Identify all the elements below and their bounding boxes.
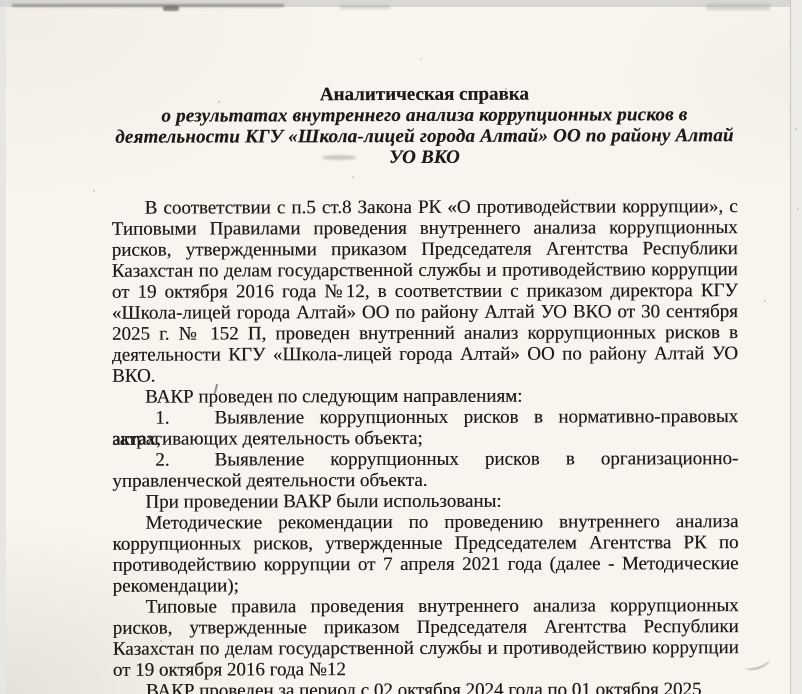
paragraph-line: «Школа-лицей города Алтай» ОО по району … (112, 301, 738, 324)
paragraph-line: При проведении ВАКР были использованы: (112, 490, 738, 513)
list-number: 1. (155, 408, 169, 429)
scanned-page: Аналитическая справка о результатах внут… (6, 7, 790, 694)
paragraph-line: от 19 октября 2016 года №12, в соответст… (112, 280, 738, 303)
paragraph-line: деятельности КГУ «Школа-лицей города Алт… (112, 343, 738, 366)
paragraph-line: ВАКР проведен за период с 02 октября 202… (113, 679, 739, 694)
document-subtitle-line: УО ВКО (111, 146, 737, 169)
paragraph-line: Методические рекомендации по проведению … (112, 511, 738, 534)
document-body: В соответствии с п.5 ст.8 Закона РК «О п… (112, 196, 739, 694)
document-subtitle-line: деятельности КГУ «Школа-лицей города Алт… (111, 125, 737, 148)
paragraph-line: Типовыми Правилами проведения внутреннег… (112, 217, 738, 240)
paragraph-line: рисков, утвержденными приказом Председат… (112, 238, 738, 261)
paragraph-line: Казахстан по делам государственной служб… (113, 637, 739, 660)
paragraph-line: коррупционных рисков, утвержденные Предс… (112, 532, 738, 555)
document-subtitle: о результатах внутреннего анализа корруп… (111, 104, 737, 169)
screenshot-root: { "colors": { "backdrop": "#e7e6e2", "pa… (0, 0, 802, 694)
list-item-line: затрагивающих деятельность объекта; (112, 427, 738, 450)
document-content: Аналитическая справка о результатах внут… (6, 7, 790, 694)
document-subtitle-line: о результатах внутреннего анализа корруп… (111, 104, 737, 127)
paragraph-line: противодействию коррупции от 7 апреля 20… (113, 553, 739, 576)
paragraph-line: В соответствии с п.5 ст.8 Закона РК «О п… (112, 196, 738, 219)
paragraph-line: ВКО. (112, 364, 738, 387)
paragraph-line: от 19 октября 2016 года №12 (113, 658, 739, 681)
list-item-line: 1.Выявление коррупционных рисков в норма… (112, 406, 738, 429)
paragraph-line: 2025 г. № 152 П, проведен внутренний ана… (112, 322, 738, 345)
paragraph-line: рекомендации); (113, 574, 739, 597)
paragraph-line: Казахстан по делам государственной служб… (112, 259, 738, 282)
document-title: Аналитическая справка (111, 83, 737, 106)
list-number: 2. (155, 450, 169, 471)
paragraph-line: рисков, утвержденные приказом Председате… (113, 616, 739, 639)
list-item-line: 2.Выявление коррупционных рисков в орган… (112, 448, 738, 471)
paragraph-line: Типовые правила проведения внутреннего а… (113, 595, 739, 618)
list-item-line: управленческой деятельности объекта. (112, 469, 738, 492)
paragraph-line: ВАКР проведен по следующим направлениям: (112, 385, 738, 408)
scanner-right-edge (790, 0, 802, 694)
scanner-edge-band (0, 0, 802, 7)
